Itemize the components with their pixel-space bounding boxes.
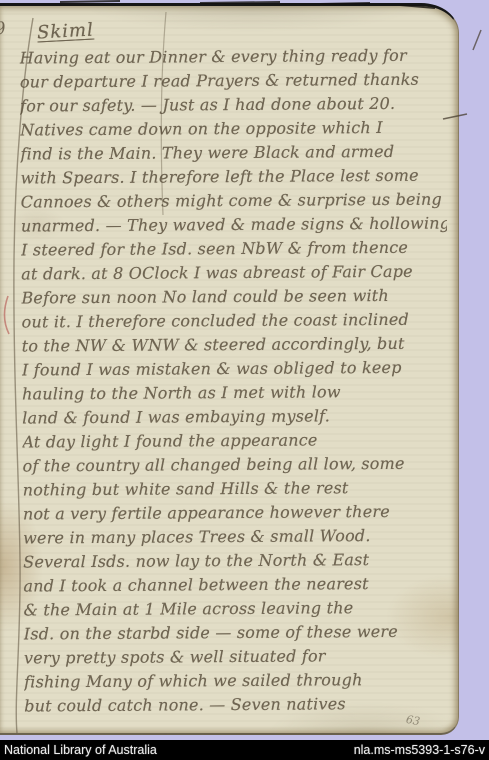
manuscript-line: not a very fertile appearance however th…: [23, 500, 449, 527]
manuscript-line: Before sun noon No land could be seen wi…: [21, 284, 447, 311]
manuscript-line: to the NW & WNW & steered accordingly, b…: [22, 332, 448, 359]
manuscript-line: our departure I read Prayers & returned …: [20, 68, 446, 95]
manuscript-heading: Skiml: [36, 20, 94, 44]
manuscript-line: unarmed. — They waved & made signs & hol…: [21, 212, 447, 239]
manuscript-line: hauling to the North as I met with low: [22, 380, 448, 407]
footer-library-name: National Library of Australia: [4, 743, 157, 757]
manuscript-line: and I took a channel between the nearest: [23, 572, 449, 599]
manuscript-line: were in many places Trees & small Wood.: [23, 524, 449, 551]
manuscript-text: Having eat our Dinner & every thing read…: [20, 44, 451, 719]
manuscript-line: Isd. on the starbd side — some of these …: [24, 620, 450, 647]
manuscript-line: Several Isds. now lay to the North & Eas…: [23, 548, 449, 575]
manuscript-line: Having eat our Dinner & every thing read…: [20, 44, 446, 71]
manuscript-line: land & found I was embaying myself.: [22, 404, 448, 431]
manuscript-line: at dark. at 8 OClock I was abreast of Fa…: [21, 260, 447, 287]
manuscript-line: but could catch none. — Seven natives: [24, 692, 450, 719]
scan-background: 9 Skiml Having eat our Dinner & every th…: [0, 0, 489, 760]
manuscript-line: fishing Many of which we sailed through: [24, 668, 450, 695]
manuscript-line: very pretty spots & well situated for: [24, 644, 450, 671]
manuscript-line: Cannoes & others might come & surprise u…: [21, 188, 447, 215]
footer-bar: National Library of Australia nla.ms-ms5…: [0, 740, 489, 760]
manuscript-line: for our safety. — Just as I had done abo…: [20, 92, 446, 119]
manuscript-line: I steered for the Isd. seen NbW & from t…: [21, 236, 447, 263]
manuscript-line: & the Main at 1 Mile across leaving the: [24, 596, 450, 623]
manuscript-line: I found I was mistaken & was obliged to …: [22, 356, 448, 383]
manuscript-line: out it. I therefore concluded the coast …: [22, 308, 448, 335]
manuscript-line: with Spears. I therefore left the Place …: [20, 164, 446, 191]
manuscript-line: Natives came down on the opposite which …: [20, 116, 446, 143]
manuscript-line: At day light I found the appearance: [22, 428, 448, 455]
page-number: 9: [0, 18, 7, 39]
footer-identifier: nla.ms-ms5393-1-s76-v: [354, 743, 485, 757]
manuscript-page: 9 Skiml Having eat our Dinner & every th…: [0, 3, 459, 735]
manuscript-line: of the country all changed being all low…: [23, 452, 449, 479]
manuscript-line: find is the Main. They were Black and ar…: [20, 140, 446, 167]
manuscript-line: nothing but white sand Hills & the rest: [23, 476, 449, 503]
edge-slash-mark: [473, 30, 481, 50]
pencil-mark: 63: [405, 713, 421, 728]
